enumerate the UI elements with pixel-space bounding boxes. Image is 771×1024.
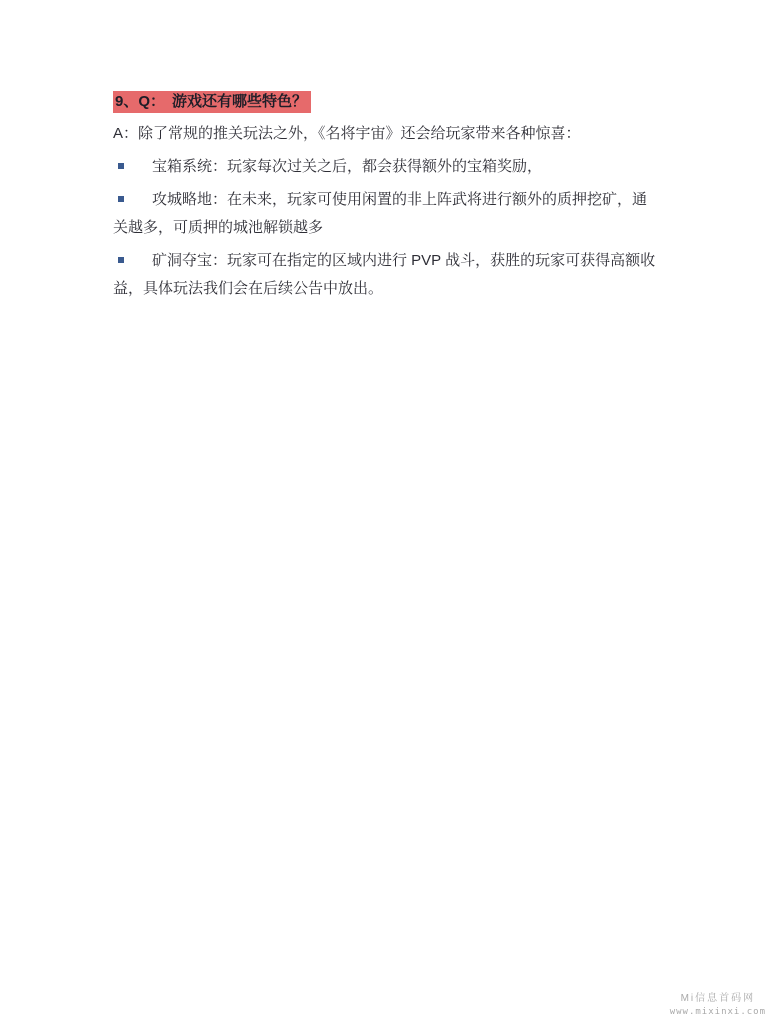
question-number-prefix: 9、Q：	[115, 93, 165, 110]
watermark-site-name: Mi信息首码网	[670, 992, 766, 1006]
bullet-text: 宝箱系统：玩家每次过关之后，都会获得额外的宝箱奖励，	[152, 158, 542, 175]
square-bullet-icon	[118, 163, 124, 169]
bullet-text: 攻城略地：在未来，玩家可使用闲置的非上阵武将进行额外的质押挖矿，通关越多，可质押…	[113, 191, 647, 236]
bullet-item-mine-pvp: 矿洞夺宝：玩家可在指定的区域内进行 PVP 战斗，获胜的玩家可获得高额收益，具体…	[113, 247, 661, 303]
qa-section: 9、Q：游戏还有哪些特色？ A：除了常规的推关玩法之外，《名将宇宙》还会给玩家带…	[0, 0, 771, 303]
bullet-item-siege: 攻城略地：在未来，玩家可使用闲置的非上阵武将进行额外的质押挖矿，通关越多，可质押…	[113, 186, 661, 242]
square-bullet-icon	[118, 196, 124, 202]
question-text: 游戏还有哪些特色？	[172, 93, 307, 110]
bullet-item-treasure-chest: 宝箱系统：玩家每次过关之后，都会获得额外的宝箱奖励，	[113, 153, 661, 181]
document-page: 9、Q：游戏还有哪些特色？ A：除了常规的推关玩法之外，《名将宇宙》还会给玩家带…	[0, 0, 771, 1024]
question-highlight: 9、Q：游戏还有哪些特色？	[113, 91, 311, 113]
answer-intro: A：除了常规的推关玩法之外，《名将宇宙》还会给玩家带来各种惊喜：	[113, 120, 661, 148]
watermark-site-url: www.mixinxi.com	[670, 1006, 766, 1018]
square-bullet-icon	[118, 257, 124, 263]
watermark: Mi信息首码网 www.mixinxi.com	[670, 992, 766, 1018]
question-heading: 9、Q：游戏还有哪些特色？	[113, 92, 661, 112]
bullet-text: 矿洞夺宝：玩家可在指定的区域内进行 PVP 战斗，获胜的玩家可获得高额收益，具体…	[113, 252, 655, 297]
